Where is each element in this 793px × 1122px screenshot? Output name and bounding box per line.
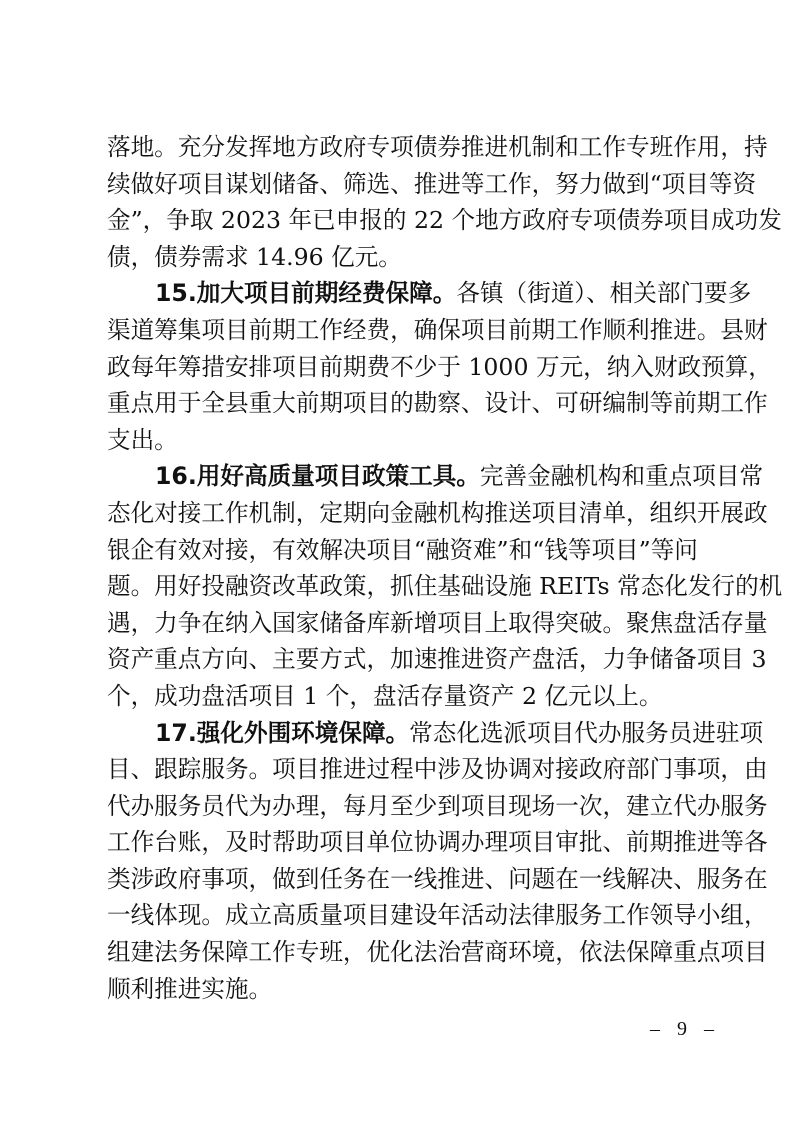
section-heading-15: 15.加大项目前期经费保障。: [155, 279, 456, 307]
text-line: 代办服务员代为办理，每月至少到项目现场一次，建立代办服务: [107, 788, 693, 825]
text-line: 15.加大项目前期经费保障。各镇（街道）、相关部门要多: [107, 275, 693, 312]
paragraph-15: 15.加大项目前期经费保障。各镇（街道）、相关部门要多 渠道筹集项目前期工作经费…: [107, 275, 693, 458]
text-line: 目、跟踪服务。项目推进过程中涉及协调对接政府部门事项，由: [107, 751, 693, 788]
section-heading-17: 17.强化外围环境保障。: [155, 719, 409, 747]
text-run: 完善金融机构和重点项目常: [480, 462, 763, 490]
page-number: – 9 –: [650, 1018, 720, 1041]
text-line: 一线体现。成立高质量项目建设年活动法律服务工作领导小组，: [107, 897, 693, 934]
text-line: 16.用好高质量项目政策工具。完善金融机构和重点项目常: [107, 458, 693, 495]
text-line: 组建法务保障工作专班，优化法治营商环境，依法保障重点项目: [107, 934, 693, 971]
text-line: 态化对接工作机制，定期向金融机构推送项目清单，组织开展政: [107, 495, 693, 532]
text-line: 政每年筹措安排项目前期费不少于 1000 万元，纳入财政预算，: [107, 349, 693, 386]
section-heading-16: 16.用好高质量项目政策工具。: [155, 462, 480, 490]
text-line: 顺利推进实施。: [107, 971, 693, 1008]
document-body: 落地。充分发挥地方政府专项债券推进机制和工作专班作用，持 续做好项目谋划储备、筛…: [107, 129, 693, 1007]
text-line: 工作台账，及时帮助项目单位协调办理项目审批、前期推进等各: [107, 824, 693, 861]
paragraph-17: 17.强化外围环境保障。常态化选派项目代办服务员进驻项 目、跟踪服务。项目推进过…: [107, 715, 693, 1008]
text-line: 类涉政府事项，做到任务在一线推进、问题在一线解决、服务在: [107, 861, 693, 898]
text-line: 债，债券需求 14.96 亿元。: [107, 239, 693, 276]
text-line: 重点用于全县重大前期项目的勘察、设计、可研编制等前期工作: [107, 385, 693, 422]
text-line: 资产重点方向、主要方式，加速推进资产盘活，力争储备项目 3: [107, 641, 693, 678]
text-run: 各镇（街道）、相关部门要多: [456, 279, 751, 307]
text-line: 遇，力争在纳入国家储备库新增项目上取得突破。聚焦盘活存量: [107, 605, 693, 642]
text-line: 个，成功盘活项目 1 个，盘活存量资产 2 亿元以上。: [107, 678, 693, 715]
text-line: 题。用好投融资改革政策，抓住基础设施 REITs 常态化发行的机: [107, 568, 693, 605]
text-line: 金”，争取 2023 年已申报的 22 个地方政府专项债券项目成功发: [107, 202, 693, 239]
text-line: 17.强化外围环境保障。常态化选派项目代办服务员进驻项: [107, 715, 693, 752]
text-line: 支出。: [107, 422, 693, 459]
text-line: 渠道筹集项目前期工作经费，确保项目前期工作顺利推进。县财: [107, 312, 693, 349]
text-line: 落地。充分发挥地方政府专项债券推进机制和工作专班作用，持: [107, 129, 693, 166]
paragraph-16: 16.用好高质量项目政策工具。完善金融机构和重点项目常 态化对接工作机制，定期向…: [107, 458, 693, 714]
paragraph-continued: 落地。充分发挥地方政府专项债券推进机制和工作专班作用，持 续做好项目谋划储备、筛…: [107, 129, 693, 275]
text-line: 续做好项目谋划储备、筛选、推进等工作，努力做到“项目等资: [107, 166, 693, 203]
text-run: 常态化选派项目代办服务员进驻项: [409, 719, 763, 747]
text-line: 银企有效对接，有效解决项目“融资难”和“钱等项目”等问: [107, 532, 693, 569]
